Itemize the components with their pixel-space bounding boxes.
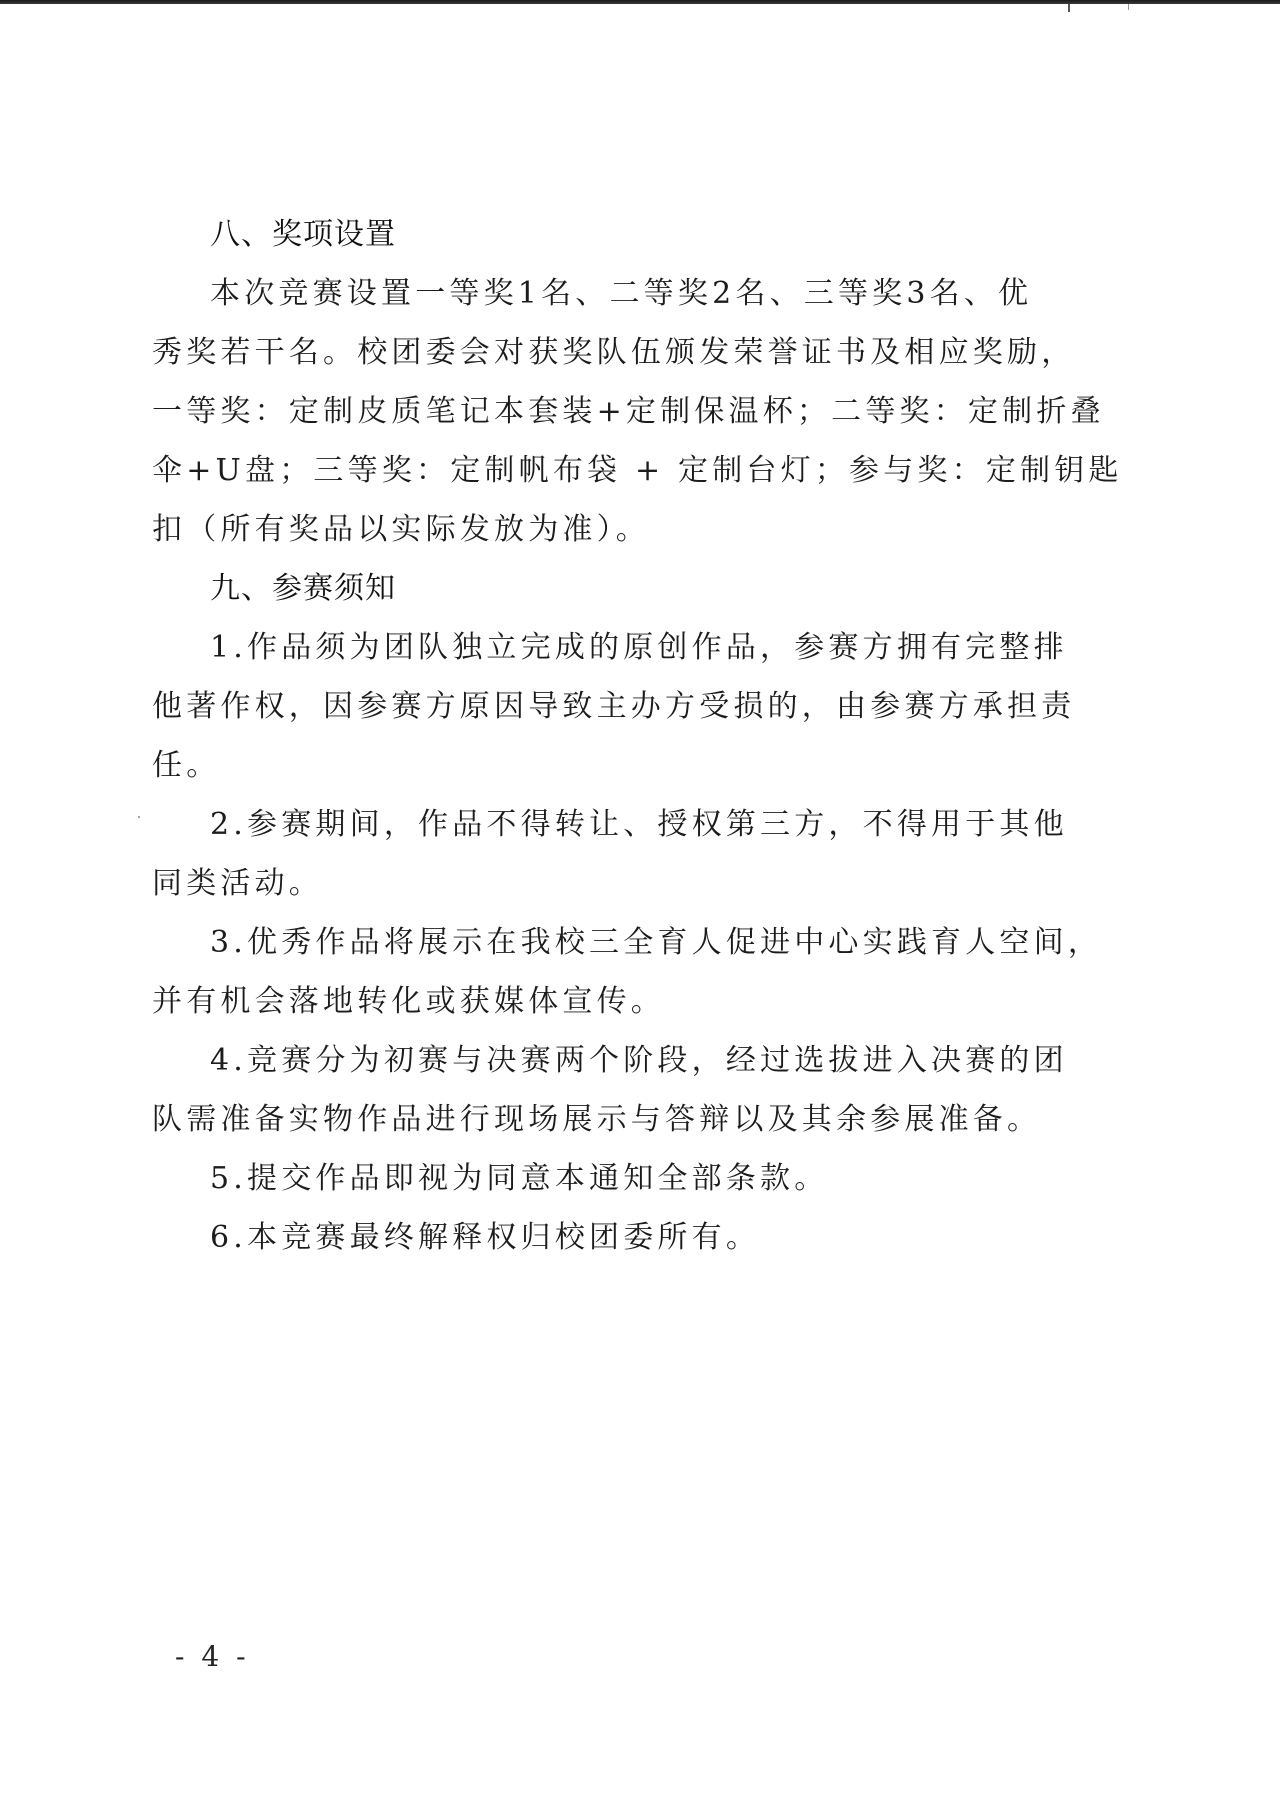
text-line: 并有机会落地转化或获媒体宣传。 (152, 972, 976, 1031)
text-line: 5.提交作品即视为同意本通知全部条款。 (152, 1149, 976, 1208)
scan-artifact (1128, 4, 1129, 10)
text-line: 4.竞赛分为初赛与决赛两个阶段，经过选拔进入决赛的团 (152, 1031, 976, 1090)
rule-item-6: 6.本竞赛最终解释权归校团委所有。 (152, 1208, 976, 1267)
rule-item-5: 5.提交作品即视为同意本通知全部条款。 (152, 1149, 976, 1208)
text-line: 任。 (152, 736, 976, 795)
scan-speck (138, 816, 140, 818)
text-line: 1.作品须为团队独立完成的原创作品，参赛方拥有完整排 (152, 618, 976, 677)
text-line: 本次竞赛设置一等奖1名、二等奖2名、三等奖3名、优 (152, 264, 976, 323)
rule-item-4: 4.竞赛分为初赛与决赛两个阶段，经过选拔进入决赛的团 队需准备实物作品进行现场展… (152, 1031, 976, 1149)
page-number: - 4 - (175, 1640, 250, 1673)
text-line: 伞+U盘；三等奖：定制帆布袋 + 定制台灯；参与奖：定制钥匙 (152, 441, 976, 500)
section-heading-awards: 八、奖项设置 (152, 205, 976, 264)
text-line: 同类活动。 (152, 854, 976, 913)
text-line: 他著作权，因参赛方原因导致主办方受损的，由参赛方承担责 (152, 677, 976, 736)
scan-artifact (1068, 4, 1070, 12)
text-line: 扣（所有奖品以实际发放为准）。 (152, 500, 976, 559)
scan-top-edge (0, 0, 1280, 4)
text-line: 2.参赛期间，作品不得转让、授权第三方，不得用于其他 (152, 795, 976, 854)
text-line: 3.优秀作品将展示在我校三全育人促进中心实践育人空间， (152, 913, 976, 972)
rule-item-1: 1.作品须为团队独立完成的原创作品，参赛方拥有完整排 他著作权，因参赛方原因导致… (152, 618, 976, 795)
text-line: 秀奖若干名。校团委会对获奖队伍颁发荣誉证书及相应奖励， (152, 323, 976, 382)
rule-item-3: 3.优秀作品将展示在我校三全育人促进中心实践育人空间， 并有机会落地转化或获媒体… (152, 913, 976, 1031)
rule-item-2: 2.参赛期间，作品不得转让、授权第三方，不得用于其他 同类活动。 (152, 795, 976, 913)
section-heading-rules: 九、参赛须知 (152, 559, 976, 618)
text-line: 6.本竞赛最终解释权归校团委所有。 (152, 1208, 976, 1267)
document-page: 八、奖项设置 本次竞赛设置一等奖1名、二等奖2名、三等奖3名、优 秀奖若干名。校… (152, 205, 976, 1267)
text-line: 队需准备实物作品进行现场展示与答辩以及其余参展准备。 (152, 1090, 976, 1149)
paragraph-awards: 本次竞赛设置一等奖1名、二等奖2名、三等奖3名、优 秀奖若干名。校团委会对获奖队… (152, 264, 976, 559)
text-line: 一等奖：定制皮质笔记本套装+定制保温杯；二等奖：定制折叠 (152, 382, 976, 441)
